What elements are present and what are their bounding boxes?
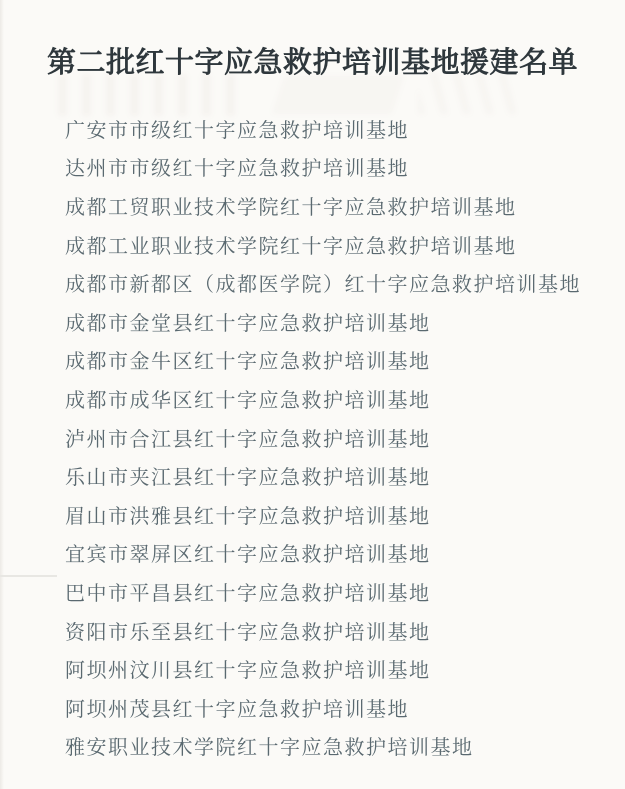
list-item: 成都工贸职业技术学院红十字应急救护培训基地 — [65, 186, 605, 225]
page-edge-shading — [0, 0, 4, 789]
page-title: 第二批红十字应急救护培训基地援建名单 — [0, 43, 625, 83]
list-item: 成都工业职业技术学院红十字应急救护培训基地 — [65, 225, 605, 264]
list-item: 成都市金堂县红十字应急救护培训基地 — [65, 302, 605, 341]
list-item: 达州市市级红十字应急救护培训基地 — [65, 148, 605, 187]
list-item: 成都市成华区红十字应急救护培训基地 — [65, 379, 605, 418]
list-item: 巴中市平昌县红十字应急救护培训基地 — [65, 572, 605, 611]
list-item: 阿坝州汶川县红十字应急救护培训基地 — [65, 649, 605, 688]
list-item: 资阳市乐至县红十字应急救护培训基地 — [65, 611, 605, 650]
scan-artifact-line — [0, 575, 57, 577]
list-item: 泸州市合江县红十字应急救护培训基地 — [65, 418, 605, 457]
list-item: 阿坝州茂县红十字应急救护培训基地 — [65, 688, 605, 727]
list-item: 宜宾市翠屏区红十字应急救护培训基地 — [65, 534, 605, 573]
list-item: 成都市新都区（成都医学院）红十字应急救护培训基地 — [65, 263, 605, 302]
list-item: 乐山市夹江县红十字应急救护培训基地 — [65, 456, 605, 495]
training-base-list: 广安市市级红十字应急救护培训基地 达州市市级红十字应急救护培训基地 成都工贸职业… — [65, 109, 605, 765]
list-item: 雅安职业技术学院红十字应急救护培训基地 — [65, 727, 605, 766]
list-item: 广安市市级红十字应急救护培训基地 — [65, 109, 605, 148]
list-item: 成都市金牛区红十字应急救护培训基地 — [65, 341, 605, 380]
list-item: 眉山市洪雅县红十字应急救护培训基地 — [65, 495, 605, 534]
